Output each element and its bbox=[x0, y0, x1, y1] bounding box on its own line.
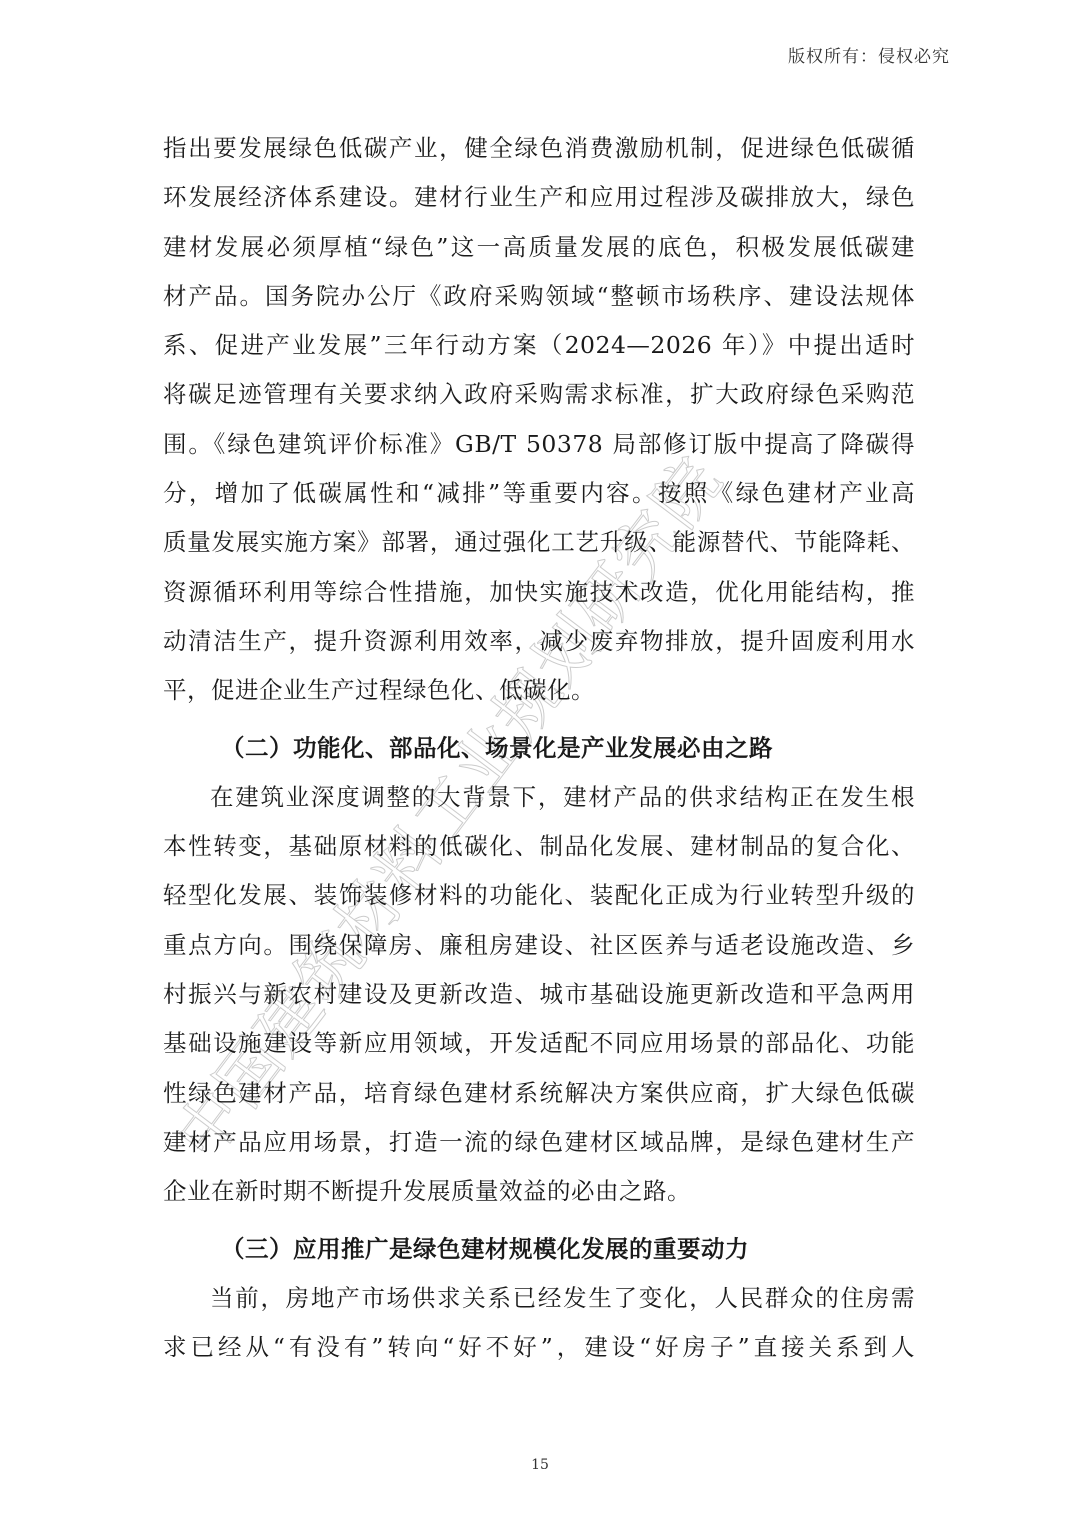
text-line: 质量发展实施方案》部署，通过强化工艺升级、能源替代、节能降耗、 bbox=[163, 518, 915, 567]
paragraph-green-low-carbon: 指出要发展绿色低碳产业，健全绿色消费激励机制，促进绿色低碳循 环发展经济体系建设… bbox=[163, 124, 915, 716]
text-line: 重点方向。围绕保障房、廉租房建设、社区医养与适老设施改造、乡 bbox=[163, 921, 915, 970]
text-line: 环发展经济体系建设。建材行业生产和应用过程涉及碳排放大，绿色 bbox=[163, 173, 915, 222]
text-line: 平，促进企业生产过程绿色化、低碳化。 bbox=[163, 666, 915, 715]
text-line: 性绿色建材产品，培育绿色建材系统解决方案供应商，扩大绿色低碳 bbox=[163, 1069, 915, 1118]
document-body: 指出要发展绿色低碳产业，健全绿色消费激励机制，促进绿色低碳循 环发展经济体系建设… bbox=[163, 124, 915, 1372]
text-line: 建材产品应用场景，打造一流的绿色建材区域品牌，是绿色建材生产 bbox=[163, 1118, 915, 1167]
text-line: 当前，房地产市场供求关系已经发生了变化，人民群众的住房需 bbox=[163, 1274, 915, 1323]
text-line: 企业在新时期不断提升发展质量效益的必由之路。 bbox=[163, 1167, 915, 1216]
paragraph-functionalization: 在建筑业深度调整的大背景下，建材产品的供求结构正在发生根 本性转变，基础原材料的… bbox=[163, 773, 915, 1217]
text-line: 基础设施建设等新应用领域，开发适配不同应用场景的部品化、功能 bbox=[163, 1019, 915, 1068]
section-heading-2: （二）功能化、部品化、场景化是产业发展必由之路 bbox=[163, 724, 915, 773]
text-line: 材产品。国务院办公厅《政府采购领域“整顿市场秩序、建设法规体 bbox=[163, 272, 915, 321]
copyright-header: 版权所有：侵权必究 bbox=[788, 42, 950, 67]
paragraph-application-promotion: 当前，房地产市场供求关系已经发生了变化，人民群众的住房需 求已经从“有没有”转向… bbox=[163, 1274, 915, 1373]
text-line: 系、促进产业发展”三年行动方案（2024—2026 年）》中提出适时 bbox=[163, 321, 915, 370]
text-line: 求已经从“有没有”转向“好不好”，建设“好房子”直接关系到人 bbox=[163, 1323, 915, 1372]
text-line: 围。《绿色建筑评价标准》GB/T 50378 局部修订版中提高了降碳得 bbox=[163, 420, 915, 469]
text-line: 村振兴与新农村建设及更新改造、城市基础设施更新改造和平急两用 bbox=[163, 970, 915, 1019]
text-line: 在建筑业深度调整的大背景下，建材产品的供求结构正在发生根 bbox=[163, 773, 915, 822]
text-line: 建材发展必须厚植“绿色”这一高质量发展的底色，积极发展低碳建 bbox=[163, 223, 915, 272]
page-number: 15 bbox=[0, 1457, 1080, 1473]
text-line: 动清洁生产，提升资源利用效率，减少废弃物排放，提升固废利用水 bbox=[163, 617, 915, 666]
text-line: 将碳足迹管理有关要求纳入政府采购需求标准，扩大政府绿色采购范 bbox=[163, 370, 915, 419]
text-line: 指出要发展绿色低碳产业，健全绿色消费激励机制，促进绿色低碳循 bbox=[163, 124, 915, 173]
text-line: 资源循环利用等综合性措施，加快实施技术改造，优化用能结构，推 bbox=[163, 568, 915, 617]
text-line: 分，增加了低碳属性和“减排”等重要内容。按照《绿色建材产业高 bbox=[163, 469, 915, 518]
section-heading-3: （三）应用推广是绿色建材规模化发展的重要动力 bbox=[163, 1225, 915, 1274]
text-line: 本性转变，基础原材料的低碳化、制品化发展、建材制品的复合化、 bbox=[163, 822, 915, 871]
text-line: 轻型化发展、装饰装修材料的功能化、装配化正成为行业转型升级的 bbox=[163, 871, 915, 920]
